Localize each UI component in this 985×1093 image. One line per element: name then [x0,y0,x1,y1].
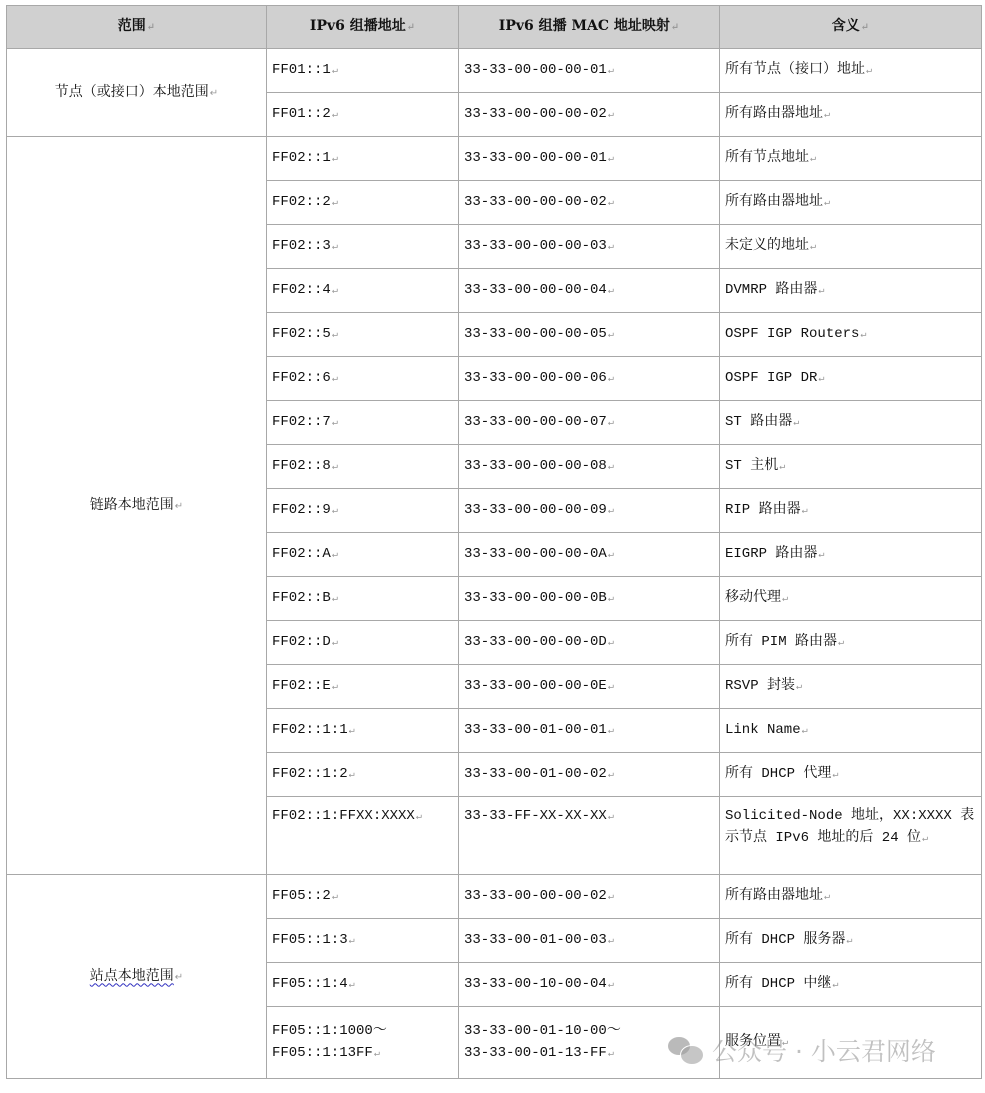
paragraph-mark: ↵ [608,198,614,209]
mac-cell: 33-33-00-00-00-06↵ [459,357,720,401]
mac-cell: 33-33-00-00-00-02↵ [459,93,720,137]
paragraph-mark: ↵ [608,980,614,991]
address-cell: FF01::1↵ [267,49,459,93]
paragraph-mark: ↵ [824,198,830,209]
mac-cell: 33-33-00-01-00-02↵ [459,753,720,797]
paragraph-mark: ↵ [332,506,338,517]
table-row: 链路本地范围↵FF02::1↵33-33-00-00-00-01↵所有节点地址↵ [7,137,982,181]
address-cell: FF02::8↵ [267,445,459,489]
mac-cell: 33-33-00-01-00-03↵ [459,919,720,963]
paragraph-mark: ↵ [608,550,614,561]
mac-cell: 33-33-00-00-00-0D↵ [459,621,720,665]
meaning-cell: 移动代理↵ [720,577,982,621]
paragraph-mark: ↵ [349,980,355,991]
paragraph-mark: ↵ [608,286,614,297]
paragraph-mark: ↵ [374,1049,380,1060]
mac-cell: 33-33-00-00-00-07↵ [459,401,720,445]
paragraph-mark: ↵ [608,374,614,385]
paragraph-mark: ↵ [332,594,338,605]
paragraph-mark: ↵ [779,462,785,473]
paragraph-mark: ↵ [824,892,830,903]
paragraph-mark: ↵ [332,462,338,473]
table-row: 站点本地范围↵FF05::2↵33-33-00-00-00-02↵所有路由器地址… [7,875,982,919]
meaning-cell: 所有路由器地址↵ [720,93,982,137]
meaning-cell: ST 路由器↵ [720,401,982,445]
meaning-cell: RSVP 封装↵ [720,665,982,709]
paragraph-mark: ↵ [349,726,355,737]
scope-label: 站点本地范围 [90,968,174,984]
header-mac: IPv6 组播 MAC 地址映射↵ [459,6,720,49]
address-cell: FF02::6↵ [267,357,459,401]
meaning-cell: OSPF IGP DR↵ [720,357,982,401]
paragraph-mark: ↵ [832,770,838,781]
paragraph-mark: ↵ [332,110,338,121]
paragraph-mark: ↵ [608,242,614,253]
paragraph-mark: ↵ [866,66,872,77]
header-address: IPv6 组播地址↵ [267,6,459,49]
paragraph-mark: ↵ [608,638,614,649]
paragraph-mark: ↵ [818,550,824,561]
paragraph-mark: ↵ [793,418,799,429]
paragraph-mark: ↵ [332,66,338,77]
mac-cell: 33-33-00-00-00-08↵ [459,445,720,489]
scope-cell: 节点（或接口）本地范围↵ [7,49,267,137]
meaning-cell: Solicited-Node 地址，XX:XXXX 表示节点 IPv6 地址的后… [720,797,982,875]
paragraph-mark: ↵ [608,594,614,605]
paragraph-mark: ↵ [608,110,614,121]
paragraph-mark: ↵ [608,726,614,737]
mac-cell: 33-33-00-00-00-0A↵ [459,533,720,577]
table-row: 节点（或接口）本地范围↵FF01::1↵33-33-00-00-00-01↵所有… [7,49,982,93]
header-scope: 范围↵ [7,6,267,49]
paragraph-mark: ↵ [838,638,844,649]
paragraph-mark: ↵ [608,418,614,429]
paragraph-mark: ↵ [608,1049,614,1060]
address-cell: FF02::1:FFXX:XXXX↵ [267,797,459,875]
paragraph-mark: ↵ [796,682,802,693]
address-cell: FF02::2↵ [267,181,459,225]
mac-cell: 33-33-00-00-00-03↵ [459,225,720,269]
address-cell: FF01::2↵ [267,93,459,137]
mac-cell: 33-33-00-00-00-09↵ [459,489,720,533]
meaning-cell: 所有 DHCP 中继↵ [720,963,982,1007]
meaning-cell: 所有节点（接口）地址↵ [720,49,982,93]
mac-cell: 33-33-00-00-00-0E↵ [459,665,720,709]
meaning-cell: 服务位置↵ [720,1007,982,1079]
paragraph-mark: ↵ [802,726,808,737]
paragraph-mark: ↵ [608,892,614,903]
mac-cell: 33-33-00-00-00-02↵ [459,181,720,225]
address-cell: FF05::1:3↵ [267,919,459,963]
mac-cell: 33-33-00-00-00-0B↵ [459,577,720,621]
meaning-cell: Link Name↵ [720,709,982,753]
paragraph-mark: ↵ [332,374,338,385]
paragraph-mark: ↵ [608,682,614,693]
paragraph-mark: ↵ [175,972,183,983]
paragraph-mark: ↵ [608,770,614,781]
paragraph-mark: ↵ [810,154,816,165]
mac-cell: 33-33-00-01-10-00～33-33-00-01-13-FF↵ [459,1007,720,1079]
paragraph-mark: ↵ [810,242,816,253]
paragraph-mark: ↵ [846,936,852,947]
paragraph-mark: ↵ [416,812,422,823]
mac-cell: 33-33-00-01-00-01↵ [459,709,720,753]
meaning-cell: EIGRP 路由器↵ [720,533,982,577]
scope-label: 节点（或接口）本地范围 [55,84,209,100]
mac-cell: 33-33-00-10-00-04↵ [459,963,720,1007]
paragraph-mark: ↵ [349,936,355,947]
paragraph-mark: ↵ [824,110,830,121]
mac-cell: 33-33-FF-XX-XX-XX↵ [459,797,720,875]
address-cell: FF02::7↵ [267,401,459,445]
header-meaning: 含义↵ [720,6,982,49]
address-cell: FF02::B↵ [267,577,459,621]
paragraph-mark: ↵ [210,88,218,99]
paragraph-mark: ↵ [175,501,183,512]
address-cell: FF02::9↵ [267,489,459,533]
paragraph-mark: ↵ [608,812,614,823]
address-cell: FF02::1:2↵ [267,753,459,797]
paragraph-mark: ↵ [332,330,338,341]
meaning-cell: ST 主机↵ [720,445,982,489]
scope-cell: 链路本地范围↵ [7,137,267,875]
address-cell: FF02::E↵ [267,665,459,709]
paragraph-mark: ↵ [349,770,355,781]
paragraph-mark: ↵ [782,1038,788,1049]
paragraph-mark: ↵ [332,418,338,429]
address-cell: FF02::A↵ [267,533,459,577]
meaning-cell: 所有 DHCP 代理↵ [720,753,982,797]
paragraph-mark: ↵ [818,374,824,385]
paragraph-mark: ↵ [332,682,338,693]
paragraph-mark: ↵ [332,892,338,903]
paragraph-mark: ↵ [332,638,338,649]
meaning-cell: RIP 路由器↵ [720,489,982,533]
paragraph-mark: ↵ [332,154,338,165]
address-cell: FF02::D↵ [267,621,459,665]
paragraph-mark: ↵ [608,506,614,517]
mac-cell: 33-33-00-00-00-02↵ [459,875,720,919]
address-cell: FF05::2↵ [267,875,459,919]
address-cell: FF02::1:1↵ [267,709,459,753]
meaning-cell: 所有路由器地址↵ [720,875,982,919]
address-cell: FF02::1↵ [267,137,459,181]
meaning-cell: 未定义的地址↵ [720,225,982,269]
scope-cell: 站点本地范围↵ [7,875,267,1079]
meaning-cell: 所有节点地址↵ [720,137,982,181]
table-header-row: 范围↵ IPv6 组播地址↵ IPv6 组播 MAC 地址映射↵ 含义↵ [7,6,982,49]
mac-cell: 33-33-00-00-00-01↵ [459,137,720,181]
paragraph-mark: ↵ [860,330,866,341]
ipv6-multicast-table: 范围↵ IPv6 组播地址↵ IPv6 组播 MAC 地址映射↵ 含义↵ 节点（… [6,5,982,1079]
address-cell: FF05::1:1000～FF05::1:13FF↵ [267,1007,459,1079]
meaning-cell: 所有 PIM 路由器↵ [720,621,982,665]
address-cell: FF02::3↵ [267,225,459,269]
address-cell: FF05::1:4↵ [267,963,459,1007]
paragraph-mark: ↵ [332,242,338,253]
paragraph-mark: ↵ [332,550,338,561]
paragraph-mark: ↵ [832,980,838,991]
paragraph-mark: ↵ [802,506,808,517]
meaning-cell: 所有 DHCP 服务器↵ [720,919,982,963]
meaning-cell: DVMRP 路由器↵ [720,269,982,313]
paragraph-mark: ↵ [818,286,824,297]
paragraph-mark: ↵ [332,198,338,209]
paragraph-mark: ↵ [608,154,614,165]
meaning-cell: 所有路由器地址↵ [720,181,982,225]
address-cell: FF02::5↵ [267,313,459,357]
paragraph-mark: ↵ [608,330,614,341]
meaning-cell: OSPF IGP Routers↵ [720,313,982,357]
paragraph-mark: ↵ [608,462,614,473]
paragraph-mark: ↵ [608,936,614,947]
paragraph-mark: ↵ [782,594,788,605]
mac-cell: 33-33-00-00-00-05↵ [459,313,720,357]
address-cell: FF02::4↵ [267,269,459,313]
paragraph-mark: ↵ [608,66,614,77]
paragraph-mark: ↵ [332,286,338,297]
mac-cell: 33-33-00-00-00-04↵ [459,269,720,313]
mac-cell: 33-33-00-00-00-01↵ [459,49,720,93]
paragraph-mark: ↵ [922,834,928,845]
scope-label: 链路本地范围 [90,497,174,513]
